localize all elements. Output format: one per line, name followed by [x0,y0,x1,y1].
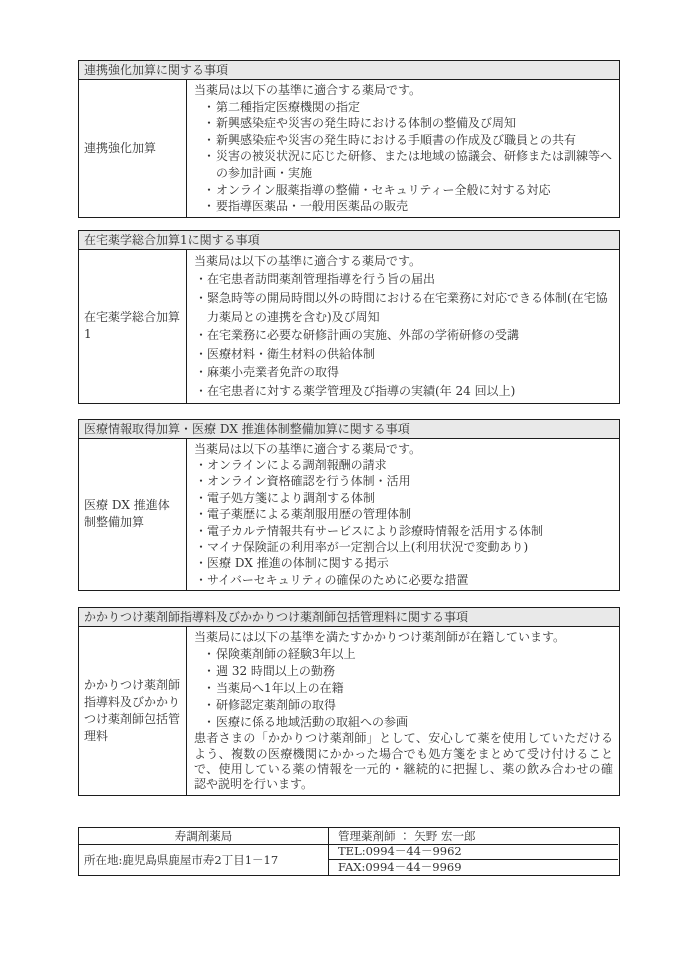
criteria-item-text: 要指導医薬品・一般用医薬品の販売 [216,198,408,215]
bullet-icon: ・ [194,697,216,714]
criteria-item-text: オンライン服薬指導の整備・セキュリティー全般に対する対応 [216,182,550,199]
bullet-icon: ・ [194,490,207,506]
criteria-item: ・電子カルテ情報共有サービスにより診療時情報を活用する体制 [194,523,613,539]
criteria-item-text: 当薬局へ1年以上の在籍 [216,680,344,697]
bullet-icon: ・ [194,506,207,522]
bullet-icon: ・ [194,99,216,116]
criteria-item: ・サイバーセキュリティの確保のために必要な措置 [194,572,613,588]
bullet-icon: ・ [194,198,216,215]
pharmacy-address: 所在地:鹿児島県鹿屋市寿2丁目1－17 [79,845,329,875]
criteria-item: ・第二種指定医療機関の指定 [194,99,613,116]
criteria-item: ・医療 DX 推進の体制に関する掲示 [194,555,613,571]
bullet-icon: ・ [194,680,216,697]
criteria-item-text: マイナ保険証の利用率が一定割合以上(利用状況で変動あり) [207,539,528,555]
criteria-item: ・在宅業務に必要な研修計画の実施、外部の学術研修の受講 [194,326,613,345]
pharmacy-contact-table: 寿調剤薬局 管理薬剤師 ： 矢野 宏一郎 所在地:鹿児島県鹿屋市寿2丁目1－17… [78,827,620,876]
criteria-item: ・新興感染症や災害の発生時における手順書の作成及び職員との共有 [194,132,613,149]
criteria-item-text: 新興感染症や災害の発生時における体制の整備及び周知 [216,115,516,132]
criteria-item-text: 医療 DX 推進の体制に関する掲示 [207,555,389,571]
bullet-icon: ・ [194,115,216,132]
section-header: 医療情報取得加算・医療 DX 推進体制整備加算に関する事項 [79,420,619,439]
bullet-icon: ・ [194,289,207,326]
section-header: かかりつけ薬剤師指導料及びかかりつけ薬剤師包括管理料に関する事項 [79,608,619,627]
criteria-item: ・マイナ保険証の利用率が一定割合以上(利用状況で変動あり) [194,539,613,555]
bullet-icon: ・ [194,523,207,539]
criteria-item-text: 研修認定薬剤師の取得 [216,697,336,714]
criteria-item-text: 第二種指定医療機関の指定 [216,99,360,116]
criteria-intro: 当薬局は以下の基準に適合する薬局です。 [194,82,613,99]
criteria-item-text: オンライン資格確認を行う体制・活用 [207,473,411,489]
bullet-icon: ・ [194,663,216,680]
bullet-icon: ・ [194,148,216,181]
criteria-item: ・在宅患者訪問薬剤管理指導を行う旨の届出 [194,270,613,289]
bullet-icon: ・ [194,555,207,571]
bullet-icon: ・ [194,132,216,149]
bullet-icon: ・ [194,182,216,199]
criteria-item: ・週 32 時間以上の勤務 [194,663,613,680]
bullet-icon: ・ [194,714,216,731]
bullet-icon: ・ [194,363,207,382]
criteria-item-text: 新興感染症や災害の発生時における手順書の作成及び職員との共有 [216,132,576,149]
criteria-intro: 当薬局には以下の基準を満たすかかりつけ薬剤師が在籍しています。 [194,629,613,646]
pharmacy-tel: TEL:0994－44－9962 [329,845,618,860]
criteria-item-text: 在宅業務に必要な研修計画の実施、外部の学術研修の受講 [207,326,519,345]
kakaritsuke-description: 患者さまの「かかりつけ薬剤師」として、安心して薬を使用していただけるよう、複数の… [194,731,613,793]
criteria-item: ・オンラインによる調剤報酬の請求 [194,457,613,473]
criteria-list: ・保険薬剤師の経験3年以上・週 32 時間以上の勤務・当薬局へ1年以上の在籍・研… [194,646,613,731]
criteria-item-text: サイバーセキュリティの確保のために必要な措置 [207,572,468,588]
criteria-item: ・麻薬小売業者免許の取得 [194,363,613,382]
bullet-icon: ・ [194,572,207,588]
criteria-intro: 当薬局は以下の基準に適合する薬局です。 [194,441,613,457]
criteria-list: ・オンラインによる調剤報酬の請求・オンライン資格確認を行う体制・活用・電子処方箋… [194,457,613,588]
criteria-item-text: 災害の被災状況に応じた研修、または地域の協議会、研修または訓練等への参加計画・実… [216,148,613,181]
criteria-item: ・緊急時等の開局時間以外の時間における在宅業務に対応できる体制(在宅協力薬局との… [194,289,613,326]
criteria-item: ・災害の被災状況に応じた研修、または地域の協議会、研修または訓練等への参加計画・… [194,148,613,181]
criteria-item-text: 医療材料・衛生材料の供給体制 [207,345,375,364]
criteria-item-text: 保険薬剤師の経験3年以上 [216,646,356,663]
section-iryo-dx: 医療情報取得加算・医療 DX 推進体制整備加算に関する事項 医療 DX 推進体制… [78,419,620,592]
document: 連携強化加算に関する事項 連携強化加算 当薬局は以下の基準に適合する薬局です。 … [78,60,620,876]
bullet-icon: ・ [194,646,216,663]
row-label: 医療 DX 推進体制整備加算 [79,439,187,591]
criteria-item: ・保険薬剤師の経験3年以上 [194,646,613,663]
criteria-item: ・医療に係る地域活動の取組への参画 [194,714,613,731]
section-renkei-kyoka: 連携強化加算に関する事項 連携強化加算 当薬局は以下の基準に適合する薬局です。 … [78,60,620,218]
pharmacy-fax: FAX:0994－44－9969 [329,860,618,875]
criteria-item: ・当薬局へ1年以上の在籍 [194,680,613,697]
row-label: 在宅薬学総合加算1 [79,250,187,403]
section-header: 在宅薬学総合加算1に関する事項 [79,231,619,250]
row-label: かかりつけ薬剤師指導料及びかかりつけ薬剤師包括管理料 [79,627,187,795]
criteria-item: ・電子薬歴による薬剤服用歴の管理体制 [194,506,613,522]
criteria-item: ・新興感染症や災害の発生時における体制の整備及び周知 [194,115,613,132]
criteria-item-text: 緊急時等の開局時間以外の時間における在宅業務に対応できる体制(在宅協力薬局との連… [207,289,613,326]
criteria-item: ・在宅患者に対する薬学管理及び指導の実績(年 24 回以上) [194,382,613,401]
bullet-icon: ・ [194,457,207,473]
criteria-item: ・オンライン資格確認を行う体制・活用 [194,473,613,489]
criteria-item-text: 電子カルテ情報共有サービスにより診療時情報を活用する体制 [207,523,543,539]
section-header: 連携強化加算に関する事項 [79,61,619,80]
bullet-icon: ・ [194,270,207,289]
bullet-icon: ・ [194,473,207,489]
criteria-item: ・オンライン服薬指導の整備・セキュリティー全般に対する対応 [194,182,613,199]
criteria-item-text: 電子処方箋により調剤する体制 [207,490,375,506]
pharmacy-name: 寿調剤薬局 [79,828,329,845]
manager-pharmacist: 管理薬剤師 ： 矢野 宏一郎 [329,828,618,845]
criteria-list: ・在宅患者訪問薬剤管理指導を行う旨の届出・緊急時等の開局時間以外の時間における在… [194,270,613,400]
bullet-icon: ・ [194,382,207,401]
criteria-item-text: 週 32 時間以上の勤務 [216,663,335,680]
section-kakaritsuke: かかりつけ薬剤師指導料及びかかりつけ薬剤師包括管理料に関する事項 かかりつけ薬剤… [78,607,620,796]
section-zaitaku-yakugaku: 在宅薬学総合加算1に関する事項 在宅薬学総合加算1 当薬局は以下の基準に適合する… [78,230,620,404]
criteria-list: ・第二種指定医療機関の指定・新興感染症や災害の発生時における体制の整備及び周知・… [194,99,613,215]
criteria-item-text: オンラインによる調剤報酬の請求 [207,457,387,473]
row-label: 連携強化加算 [79,80,187,217]
criteria-item: ・研修認定薬剤師の取得 [194,697,613,714]
criteria-item: ・電子処方箋により調剤する体制 [194,490,613,506]
criteria-item-text: 在宅患者に対する薬学管理及び指導の実績(年 24 回以上) [207,382,515,401]
bullet-icon: ・ [194,345,207,364]
criteria-item: ・要指導医薬品・一般用医薬品の販売 [194,198,613,215]
criteria-item-text: 電子薬歴による薬剤服用歴の管理体制 [207,506,411,522]
bullet-icon: ・ [194,539,207,555]
criteria-item: ・医療材料・衛生材料の供給体制 [194,345,613,364]
criteria-item-text: 医療に係る地域活動の取組への参画 [216,714,408,731]
bullet-icon: ・ [194,326,207,345]
criteria-intro: 当薬局は以下の基準に適合する薬局です。 [194,252,613,271]
criteria-item-text: 在宅患者訪問薬剤管理指導を行う旨の届出 [207,270,435,289]
criteria-item-text: 麻薬小売業者免許の取得 [207,363,339,382]
